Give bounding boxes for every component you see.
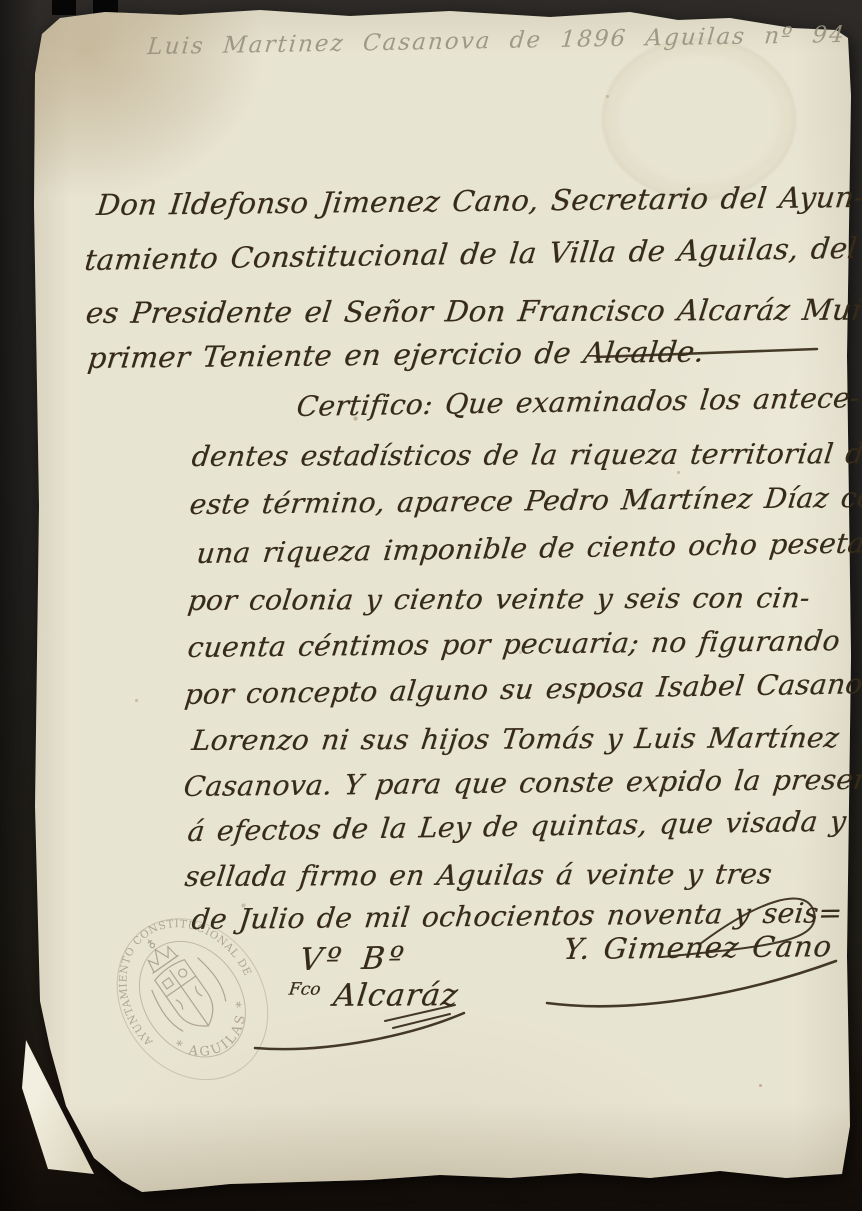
document-text: Luis Martinez Casanova de 1896 Aguilas n… <box>0 0 862 1211</box>
signature-alcaraz: Fco Alcaráz <box>286 977 461 1014</box>
handwritten-line: una riqueza imponible de ciento ocho pes… <box>195 526 862 570</box>
pencil-annotation: Luis Martinez Casanova de 1896 Aguilas n… <box>146 22 847 60</box>
handwritten-line: Lorenzo ni sus hijos Tomás y Luis Martín… <box>190 721 841 757</box>
scan-background: AYUNTAMIENTO CONSTITUCIONAL DE * AGUILAS… <box>0 0 862 1211</box>
signature-gimenez-cano: Y. Gimenez Cano <box>562 929 834 966</box>
vobo-mark: Vº Bº <box>298 940 409 978</box>
handwritten-line: Casanova. Y para que conste expido la pr… <box>182 763 862 803</box>
handwritten-line: tamiento Constitucional de la Villa de A… <box>83 230 862 277</box>
handwritten-line: sellada firmo en Aguilas á veinte y tres <box>183 857 774 893</box>
handwritten-line: por colonia y ciento veinte y seis con c… <box>186 581 812 617</box>
handwritten-line: á efectos de la Ley de quintas, que visa… <box>186 805 848 848</box>
signature-name: Alcaráz <box>331 977 460 1014</box>
handwritten-line: primer Teniente en ejercicio de Alcalde. <box>86 335 706 375</box>
handwritten-line: dentes estadísticos de la riqueza territ… <box>190 437 862 473</box>
signature-prefix: Fco <box>288 980 322 1000</box>
handwritten-line: por concepto alguno su esposa Isabel Cas… <box>183 667 862 711</box>
handwritten-line: cuenta céntimos por pecuaria; no figuran… <box>186 624 842 664</box>
handwritten-line: este término, aparece Pedro Martínez Día… <box>188 481 862 521</box>
handwritten-line: es Presidente el Señor Don Francisco Alc… <box>84 292 862 330</box>
handwritten-line: Don Ildefonso Jimenez Cano, Secretario d… <box>95 180 862 222</box>
handwritten-line: Certifico: Que examinados los antece- <box>295 381 862 423</box>
